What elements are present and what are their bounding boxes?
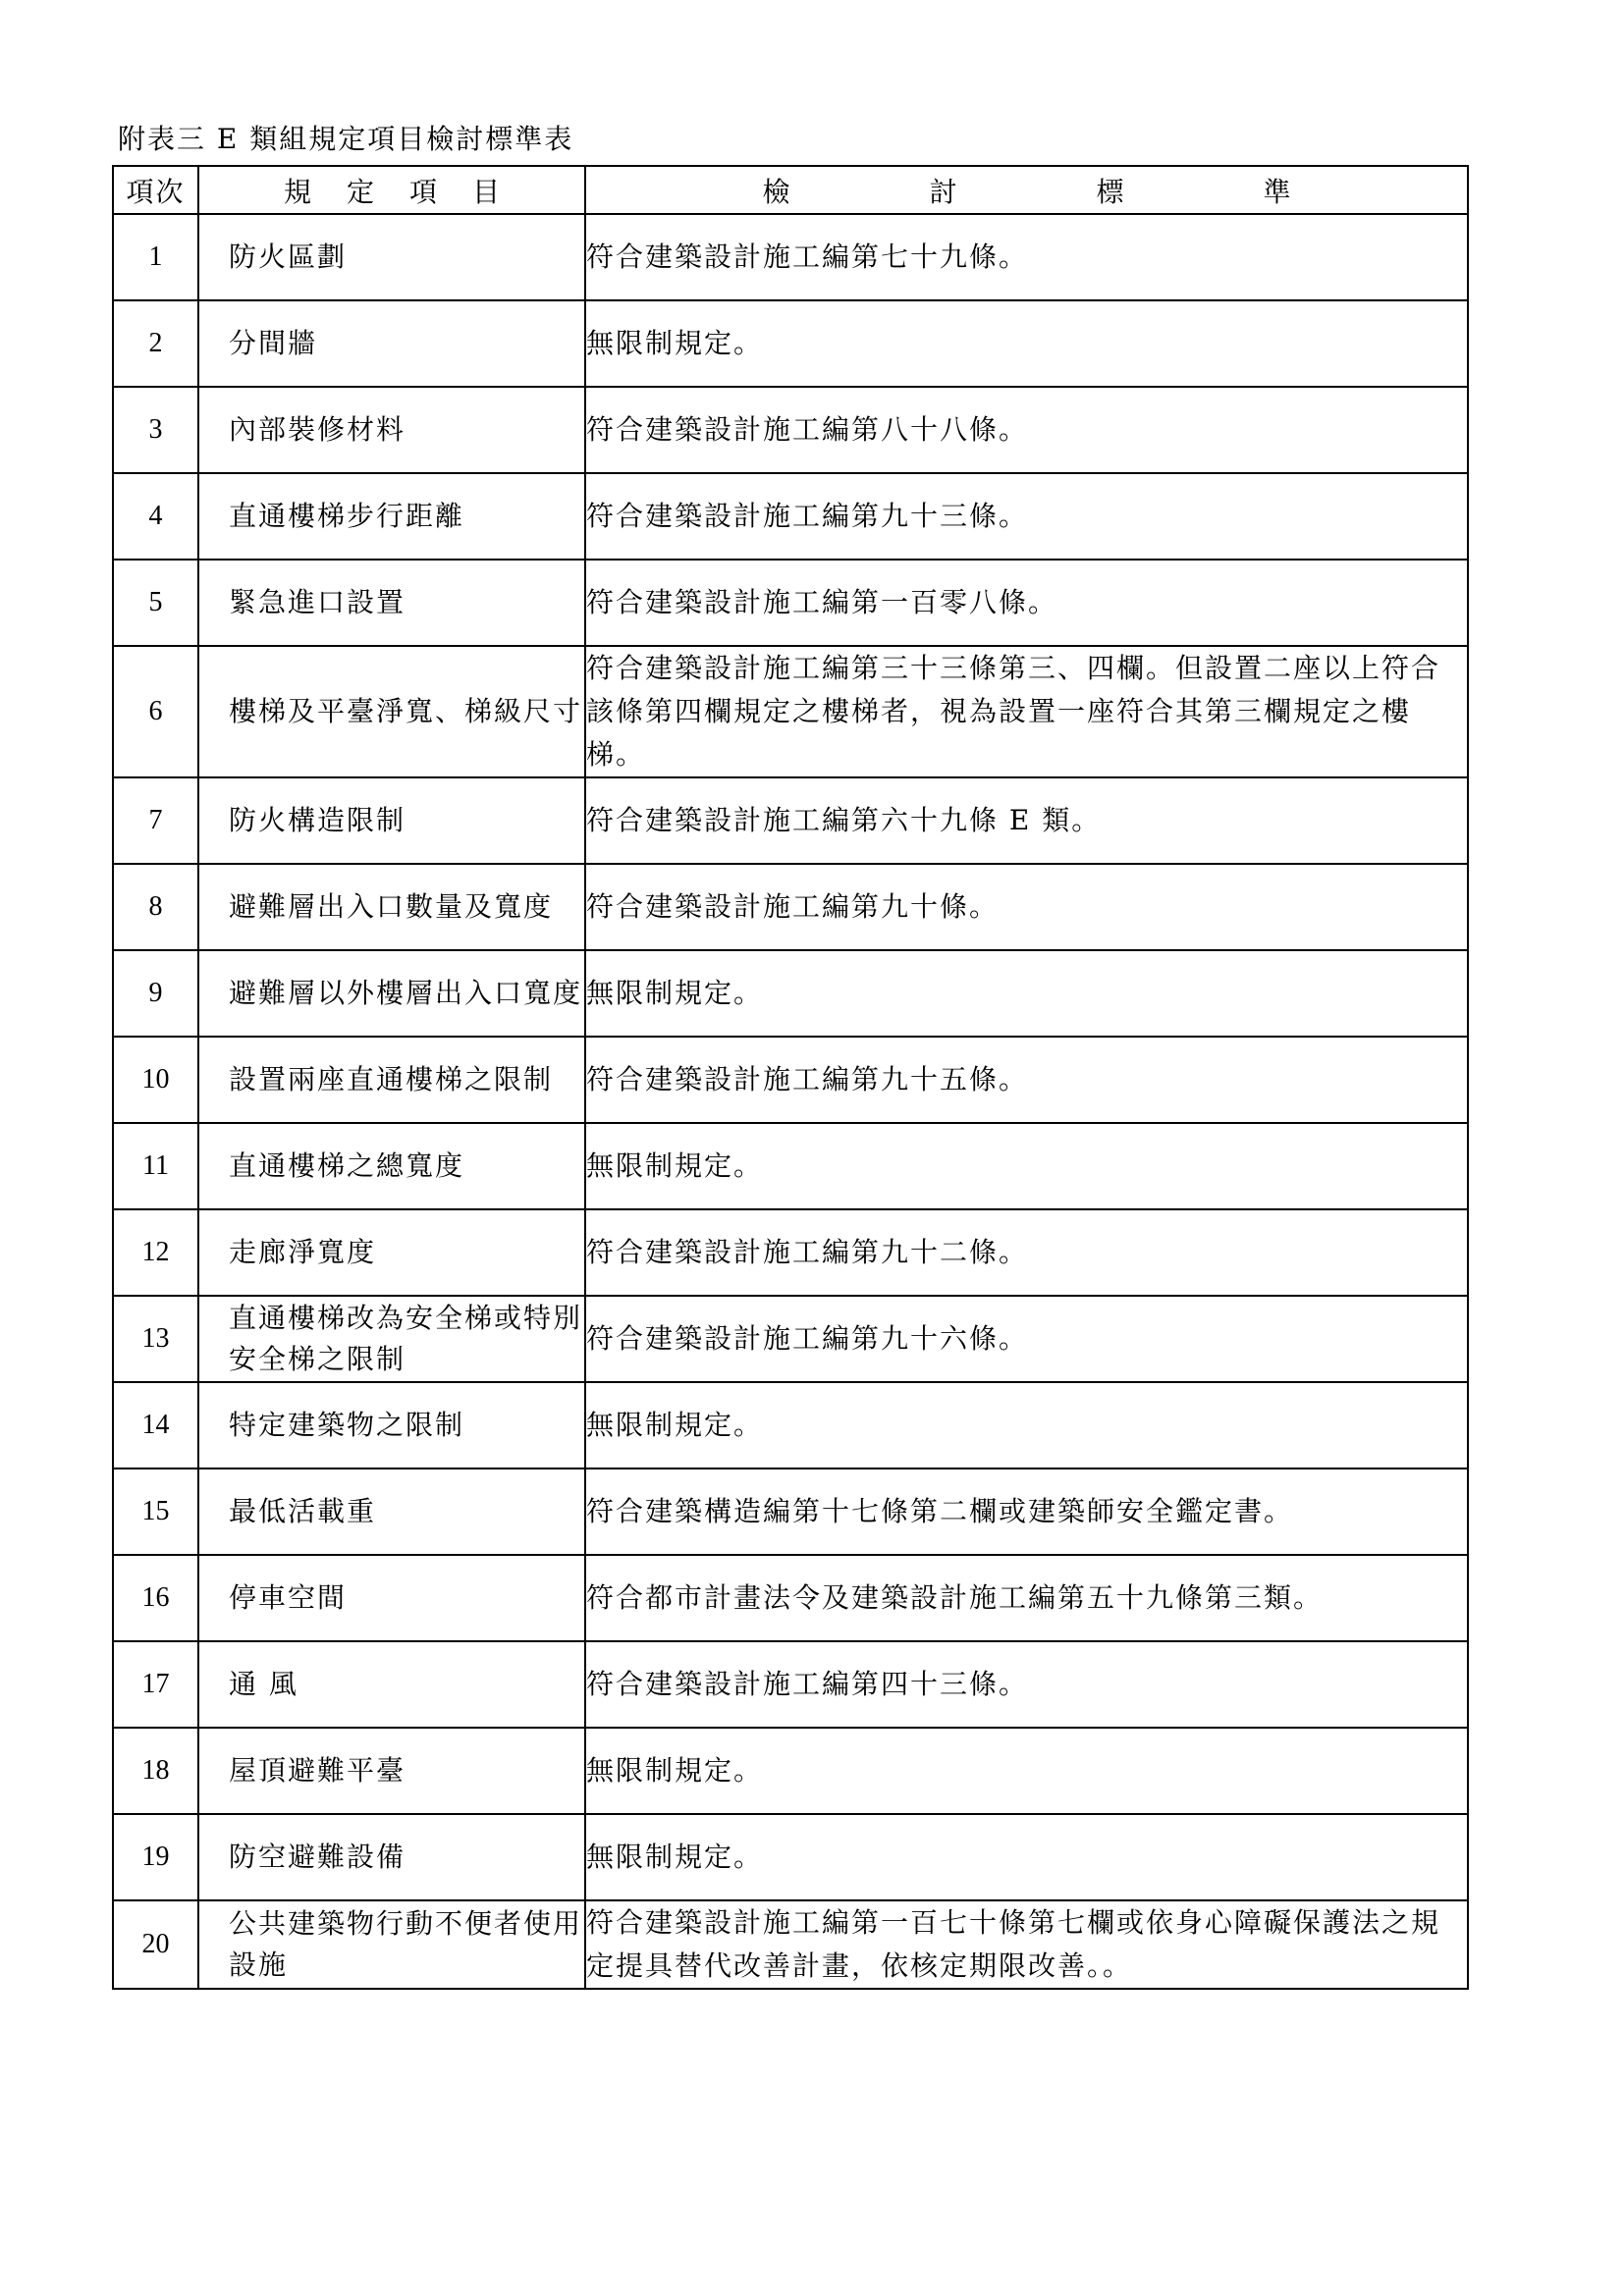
header-regulated-item: 規定項目	[198, 166, 585, 214]
row-number: 10	[113, 1037, 198, 1123]
row-standard: 符合建築設計施工編第四十三條。	[585, 1641, 1468, 1728]
row-standard: 無限制規定。	[585, 1728, 1468, 1814]
table-row: 7 防火構造限制 符合建築設計施工編第六十九條 E 類。	[113, 777, 1468, 864]
row-item-text: 緊急進口設置	[199, 582, 584, 623]
row-number: 18	[113, 1728, 198, 1814]
row-item: 設置兩座直通樓梯之限制	[198, 1037, 585, 1123]
row-standard: 無限制規定。	[585, 1123, 1468, 1209]
table-row: 11 直通樓梯之總寬度 無限制規定。	[113, 1123, 1468, 1209]
row-number: 5	[113, 560, 198, 646]
row-item: 特定建築物之限制	[198, 1382, 585, 1468]
header-standard-char: 討	[860, 171, 1027, 210]
row-item-text: 最低活載重	[199, 1491, 584, 1532]
document-title: 附表三 E 類組規定項目檢討標準表	[118, 122, 573, 157]
row-number: 9	[113, 950, 198, 1037]
row-item-text: 防火構造限制	[199, 800, 584, 841]
row-item-text: 樓梯及平臺淨寬、梯級尺寸	[199, 691, 584, 732]
row-standard: 符合建築設計施工編第九十六條。	[585, 1296, 1468, 1382]
row-number: 16	[113, 1555, 198, 1641]
row-standard: 符合建築設計施工編第六十九條 E 類。	[585, 777, 1468, 864]
row-item-text: 防火區劃	[199, 237, 584, 278]
row-item: 分間牆	[198, 300, 585, 387]
row-standard: 符合建築設計施工編第一百七十條第七欄或依身心障礙保護法之規定提具替代改善計畫，依…	[585, 1900, 1468, 1989]
header-review-standard: 檢討標準	[585, 166, 1468, 214]
row-item: 防火區劃	[198, 214, 585, 300]
row-item: 緊急進口設置	[198, 560, 585, 646]
header-item-number: 項次	[113, 166, 198, 214]
row-item: 直通樓梯改為安全梯或特別安全梯之限制	[198, 1296, 585, 1382]
row-item-text: 直通樓梯改為安全梯或特別安全梯之限制	[199, 1298, 584, 1380]
row-item-text: 設置兩座直通樓梯之限制	[199, 1059, 584, 1100]
header-item-char: 項	[409, 171, 437, 210]
row-standard: 無限制規定。	[585, 1814, 1468, 1900]
row-item-text: 直通樓梯步行距離	[199, 496, 584, 537]
row-item: 內部裝修材料	[198, 387, 585, 473]
table-row: 3 內部裝修材料 符合建築設計施工編第八十八條。	[113, 387, 1468, 473]
row-item: 屋頂避難平臺	[198, 1728, 585, 1814]
row-number: 14	[113, 1382, 198, 1468]
review-standards-table: 項次 規定項目 檢討標準 1 防火區劃 符合建築設計施工編第七十九條。 2 分間…	[112, 165, 1469, 1990]
row-item: 防空避難設備	[198, 1814, 585, 1900]
table-row: 18 屋頂避難平臺 無限制規定。	[113, 1728, 1468, 1814]
row-item: 樓梯及平臺淨寬、梯級尺寸	[198, 646, 585, 777]
table-row: 9 避難層以外樓層出入口寬度 無限制規定。	[113, 950, 1468, 1037]
row-item-text: 直通樓梯之總寬度	[199, 1146, 584, 1187]
row-number: 13	[113, 1296, 198, 1382]
row-item: 公共建築物行動不便者使用設施	[198, 1900, 585, 1989]
header-standard-char: 準	[1194, 171, 1361, 210]
table-row: 16 停車空間 符合都市計畫法令及建築設計施工編第五十九條第三類。	[113, 1555, 1468, 1641]
table-row: 6 樓梯及平臺淨寬、梯級尺寸 符合建築設計施工編第三十三條第三、四欄。但設置二座…	[113, 646, 1468, 777]
row-item-text: 走廊淨寬度	[199, 1232, 584, 1273]
row-item-text: 特定建築物之限制	[199, 1405, 584, 1446]
table-row: 20 公共建築物行動不便者使用設施 符合建築設計施工編第一百七十條第七欄或依身心…	[113, 1900, 1468, 1989]
table-row: 14 特定建築物之限制 無限制規定。	[113, 1382, 1468, 1468]
table-row: 1 防火區劃 符合建築設計施工編第七十九條。	[113, 214, 1468, 300]
row-item-text: 分間牆	[199, 323, 584, 364]
table-row: 10 設置兩座直通樓梯之限制 符合建築設計施工編第九十五條。	[113, 1037, 1468, 1123]
row-item-text: 公共建築物行動不便者使用設施	[199, 1903, 584, 1986]
row-standard: 符合建築設計施工編第九十條。	[585, 864, 1468, 950]
row-number: 17	[113, 1641, 198, 1728]
row-item: 停車空間	[198, 1555, 585, 1641]
table-row: 5 緊急進口設置 符合建築設計施工編第一百零八條。	[113, 560, 1468, 646]
row-number: 6	[113, 646, 198, 777]
header-item-char: 規	[284, 171, 311, 210]
row-item-text: 內部裝修材料	[199, 409, 584, 451]
table-row: 2 分間牆 無限制規定。	[113, 300, 1468, 387]
header-standard-char: 檢	[693, 171, 860, 210]
row-item-text: 避難層出入口數量及寬度	[199, 886, 584, 928]
row-standard: 無限制規定。	[585, 300, 1468, 387]
table-row: 12 走廊淨寬度 符合建築設計施工編第九十二條。	[113, 1209, 1468, 1296]
row-item-text: 屋頂避難平臺	[199, 1750, 584, 1791]
row-item: 最低活載重	[198, 1468, 585, 1555]
row-standard: 符合建築設計施工編第九十三條。	[585, 473, 1468, 560]
row-number: 20	[113, 1900, 198, 1989]
row-number: 15	[113, 1468, 198, 1555]
row-standard: 無限制規定。	[585, 950, 1468, 1037]
table-header-row: 項次 規定項目 檢討標準	[113, 166, 1468, 214]
row-number: 2	[113, 300, 198, 387]
row-number: 8	[113, 864, 198, 950]
table-row: 15 最低活載重 符合建築構造編第十七條第二欄或建築師安全鑑定書。	[113, 1468, 1468, 1555]
row-number: 7	[113, 777, 198, 864]
row-standard: 符合建築設計施工編第一百零八條。	[585, 560, 1468, 646]
row-item: 走廊淨寬度	[198, 1209, 585, 1296]
table-row: 19 防空避難設備 無限制規定。	[113, 1814, 1468, 1900]
row-number: 12	[113, 1209, 198, 1296]
row-item: 避難層出入口數量及寬度	[198, 864, 585, 950]
row-standard: 符合建築構造編第十七條第二欄或建築師安全鑑定書。	[585, 1468, 1468, 1555]
row-item: 防火構造限制	[198, 777, 585, 864]
table-row: 13 直通樓梯改為安全梯或特別安全梯之限制 符合建築設計施工編第九十六條。	[113, 1296, 1468, 1382]
row-standard: 符合建築設計施工編第八十八條。	[585, 387, 1468, 473]
row-item-text: 防空避難設備	[199, 1837, 584, 1878]
row-standard: 符合建築設計施工編第九十二條。	[585, 1209, 1468, 1296]
row-standard: 符合都市計畫法令及建築設計施工編第五十九條第三類。	[585, 1555, 1468, 1641]
row-number: 11	[113, 1123, 198, 1209]
row-standard: 符合建築設計施工編第七十九條。	[585, 214, 1468, 300]
row-item-text: 避難層以外樓層出入口寬度	[199, 973, 584, 1014]
row-number: 1	[113, 214, 198, 300]
row-item: 直通樓梯之總寬度	[198, 1123, 585, 1209]
row-number: 19	[113, 1814, 198, 1900]
row-item-text: 停車空間	[199, 1577, 584, 1619]
row-number: 4	[113, 473, 198, 560]
table-row: 17 通 風 符合建築設計施工編第四十三條。	[113, 1641, 1468, 1728]
row-number: 3	[113, 387, 198, 473]
header-item-char: 目	[472, 171, 500, 210]
row-standard: 符合建築設計施工編第三十三條第三、四欄。但設置二座以上符合該條第四欄規定之樓梯者…	[585, 646, 1468, 777]
table-row: 4 直通樓梯步行距離 符合建築設計施工編第九十三條。	[113, 473, 1468, 560]
row-item: 直通樓梯步行距離	[198, 473, 585, 560]
row-standard: 符合建築設計施工編第九十五條。	[585, 1037, 1468, 1123]
row-item-text: 通 風	[199, 1664, 584, 1705]
row-item: 通 風	[198, 1641, 585, 1728]
row-standard: 無限制規定。	[585, 1382, 1468, 1468]
header-item-char: 定	[347, 171, 374, 210]
table-row: 8 避難層出入口數量及寬度 符合建築設計施工編第九十條。	[113, 864, 1468, 950]
header-standard-char: 標	[1027, 171, 1194, 210]
row-item: 避難層以外樓層出入口寬度	[198, 950, 585, 1037]
